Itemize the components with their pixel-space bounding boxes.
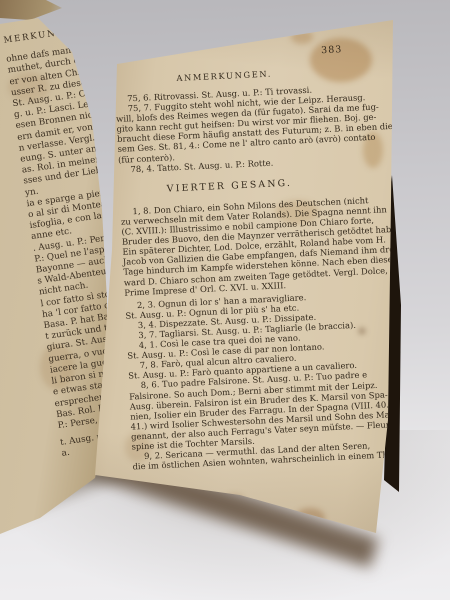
text-line: (für conterò). <box>118 141 398 164</box>
text-line: Prime Imprese d' Orl. C. XVI. u. XXIII. <box>124 274 404 297</box>
text-line: 9, 2. Sericana — vermuthl. das Land der … <box>132 438 412 461</box>
text-line: Ausg. überein. Falsiron ist ein Bruder d… <box>129 388 409 411</box>
text-line: spine ist die Tochter Marsils. <box>131 428 411 451</box>
text-line: (C. XVIII.): Illustrissimo e nobil campi… <box>121 214 401 237</box>
foxing-stain <box>310 38 372 82</box>
text-line: 1, 8. Don Chiaro, ein Sohn Milons des De… <box>120 193 400 216</box>
text-line: 2, 3. Ognun di lor s' han a maravigliare… <box>125 287 405 310</box>
text-line: Bruder des Buovo, den die Maynzer verrät… <box>122 224 402 247</box>
foxing-stain <box>291 30 313 44</box>
text-line: genannt, der also auch Ferragu's Vater s… <box>131 418 411 441</box>
text-line: 3, 7. Tagliarsi. St. Ausg. u. P.: Taglia… <box>126 317 406 340</box>
foxing-stain <box>125 432 151 462</box>
text-line: Jacob von Gallizien die Gabe empfangen, … <box>123 244 403 267</box>
text-line: ward D. Chiaro schon am zweiten Tage get… <box>124 264 404 287</box>
text-line: will, blofs des Reimes wegen da (für fug… <box>116 101 396 124</box>
text-line: St. Ausg. u. P.: Ognun di lor più s' ha … <box>125 297 405 320</box>
right-page-text: ANMERKUNGEN. 383 75, 6. Ritrovassi. St. … <box>113 39 412 472</box>
book-photo: MERKUNGEN. ohne dafs man erfährt, w muth… <box>0 0 450 600</box>
page-number: 383 <box>321 45 343 56</box>
text-line: 8, 6. Tuo padre Falsirone. St. Ausg. u. … <box>129 368 409 391</box>
text-line: 78, 4. Tatto. St. Ausg. u. P.: Rotte. <box>118 151 398 174</box>
left-page-header-fragment: MERKUNGEN. <box>3 17 137 47</box>
text-line: 4, 1. Così le case tra quei doi ne vano. <box>127 328 407 351</box>
text-line: Ein späterer Dichter, Lod. Dolce, erzähl… <box>122 234 402 257</box>
text-line: zu verwechseln mit dem Vater Rolands). D… <box>121 204 401 227</box>
text-line: Tage hindurch im Kampfe widerstehen könn… <box>123 254 403 277</box>
text-line: 41.) wird Isolier Schwestersohn des Mars… <box>130 408 410 431</box>
text-line: 75, 7. Fuggito steht wohl nicht, wie der… <box>115 91 395 114</box>
text-line: 75, 6. Ritrovassi. St. Ausg. u. P.: Ti t… <box>115 81 395 104</box>
running-head: ANMERKUNGEN. 383 <box>113 39 395 94</box>
right-page: ANMERKUNGEN. 383 75, 6. Ritrovassi. St. … <box>95 12 405 557</box>
page-header: ANMERKUNGEN. <box>176 69 272 84</box>
text-line: nien, Isolier ein Bruder des Farragu. In… <box>130 398 410 421</box>
text-line: gito kann recht gut heifsen: Du wirst vo… <box>116 111 396 134</box>
text-line: braucht diese Form häufig anstatt des Fu… <box>117 121 397 144</box>
foxing-stain <box>275 200 319 224</box>
text-line: 3, 4. Dispezzate. St. Ausg. u. P.: Dissi… <box>126 307 406 330</box>
text-line: Falsirone. So auch Dom.; Berni aber stim… <box>129 378 409 401</box>
chapter-heading: VIERTER GESANG. <box>119 176 339 196</box>
foxing-stain <box>363 132 383 168</box>
text-line: 7, 8. Farò, qual alcun altro cavaliero. <box>128 348 408 371</box>
text-line: die im östlichen Asien wohnten, wahrsche… <box>132 449 412 472</box>
text-line: St. Ausg. u. P.: Così le case di par non… <box>127 338 407 361</box>
foxing-stain <box>359 328 365 334</box>
text-line: sem Ges. St. 81, 4.: Come ne l' altro ca… <box>117 131 397 154</box>
text-line: St. Ausg. u. P.: Farò quanto appartiene … <box>128 358 408 381</box>
